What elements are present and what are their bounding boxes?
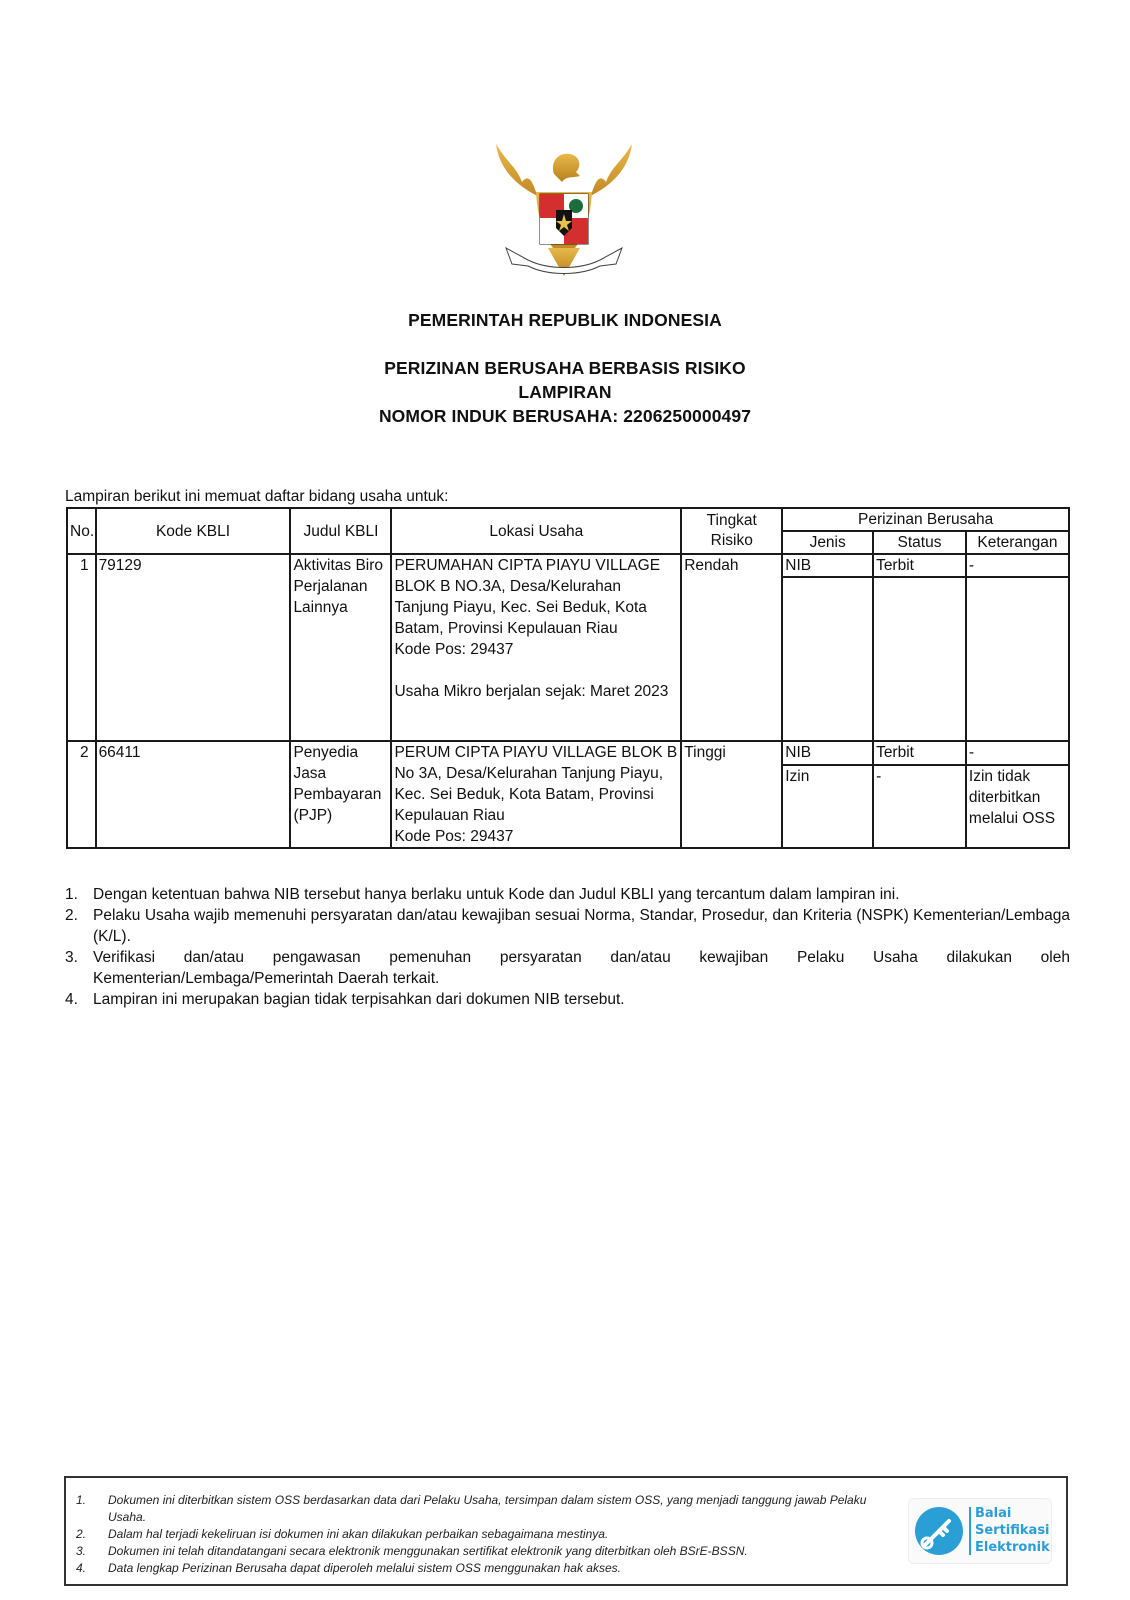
table-row: 1 79129 Aktivitas Biro Perjalanan Lainny… bbox=[67, 554, 1069, 577]
footer-notes: 1. Dokumen ini diterbitkan sistem OSS be… bbox=[76, 1492, 886, 1577]
kbli-table: No. Kode KBLI Judul KBLI Lokasi Usaha Ti… bbox=[66, 507, 1070, 849]
row-no: 1 bbox=[67, 554, 96, 741]
note-item: 3. Verifikasi dan/atau pengawasan pemenu… bbox=[65, 947, 1070, 989]
government-heading: PEMERINTAH REPUBLIK INDONESIA bbox=[0, 310, 1130, 331]
header-keterangan: Keterangan bbox=[966, 531, 1069, 554]
row-keterangan: - bbox=[966, 554, 1069, 577]
nib-number: NOMOR INDUK BERUSAHA: 2206250000497 bbox=[0, 406, 1130, 427]
note-item: 1. Dengan ketentuan bahwa NIB tersebut h… bbox=[65, 884, 1070, 905]
footer-note-item: 1. Dokumen ini diterbitkan sistem OSS be… bbox=[76, 1492, 886, 1526]
header-jenis: Jenis bbox=[782, 531, 873, 554]
row-judul-kbli: Penyedia Jasa Pembayaran (PJP) bbox=[290, 741, 391, 848]
row-jenis: NIB bbox=[782, 741, 873, 765]
lokasi-kode-pos: Kode Pos: 29437 bbox=[394, 826, 678, 847]
row-kode-kbli: 79129 bbox=[96, 554, 291, 741]
header-status: Status bbox=[873, 531, 966, 554]
row-status: Terbit bbox=[873, 554, 966, 577]
table-row: 2 66411 Penyedia Jasa Pembayaran (PJP) P… bbox=[67, 741, 1069, 765]
document-subtitle: LAMPIRAN bbox=[0, 382, 1130, 403]
footer-note-item: 2. Dalam hal terjadi kekeliruan isi doku… bbox=[76, 1526, 886, 1543]
row-jenis: Izin bbox=[782, 765, 873, 848]
row-no: 2 bbox=[67, 741, 96, 848]
row-judul-kbli: Aktivitas Biro Perjalanan Lainnya bbox=[290, 554, 391, 741]
lokasi-kode-pos: Kode Pos: 29437 bbox=[394, 639, 678, 660]
note-item: 2. Pelaku Usaha wajib memenuhi persyarat… bbox=[65, 905, 1070, 947]
header-kode-kbli: Kode KBLI bbox=[96, 508, 291, 554]
row-tingkat-risiko: Rendah bbox=[681, 554, 782, 741]
row-kode-kbli: 66411 bbox=[96, 741, 291, 848]
bsre-key-icon bbox=[913, 1505, 965, 1557]
header-lokasi-usaha: Lokasi Usaha bbox=[391, 508, 681, 554]
row-status: Terbit bbox=[873, 741, 966, 765]
footer-note-item: 4. Data lengkap Perizinan Berusaha dapat… bbox=[76, 1560, 886, 1577]
header-no: No. bbox=[67, 508, 96, 554]
row-status: - bbox=[873, 765, 966, 848]
note-item: 4. Lampiran ini merupakan bagian tidak t… bbox=[65, 989, 1070, 1010]
intro-text: Lampiran berikut ini memuat daftar bidan… bbox=[65, 488, 448, 506]
notes-list: 1. Dengan ketentuan bahwa NIB tersebut h… bbox=[65, 884, 1070, 1010]
row-lokasi-usaha: PERUMAHAN CIPTA PIAYU VILLAGE BLOK B NO.… bbox=[391, 554, 681, 741]
bsre-logo: Balai Sertifikasi Elektronik bbox=[908, 1498, 1052, 1564]
garuda-emblem-icon bbox=[488, 136, 640, 292]
usaha-mikro-since: Usaha Mikro berjalan sejak: Maret 2023 bbox=[394, 681, 678, 702]
row-jenis: NIB bbox=[782, 554, 873, 577]
bsre-text: Balai Sertifikasi Elektronik bbox=[975, 1505, 1050, 1556]
header-judul-kbli: Judul KBLI bbox=[290, 508, 391, 554]
row-keterangan: - bbox=[966, 741, 1069, 765]
lokasi-address: PERUM CIPTA PIAYU VILLAGE BLOK B No 3A, … bbox=[394, 742, 678, 826]
row-lokasi-usaha: PERUM CIPTA PIAYU VILLAGE BLOK B No 3A, … bbox=[391, 741, 681, 848]
bsre-divider bbox=[969, 1507, 971, 1555]
document-title: PERIZINAN BERUSAHA BERBASIS RISIKO bbox=[0, 358, 1130, 379]
row-tingkat-risiko: Tinggi bbox=[681, 741, 782, 848]
row-keterangan: Izin tidak diterbitkan melalui OSS bbox=[966, 765, 1069, 848]
lokasi-address: PERUMAHAN CIPTA PIAYU VILLAGE BLOK B NO.… bbox=[394, 555, 678, 639]
footer-note-item: 3. Dokumen ini telah ditandatangani seca… bbox=[76, 1543, 886, 1560]
header-tingkat-risiko: Tingkat Risiko bbox=[681, 508, 782, 554]
header-perizinan-berusaha: Perizinan Berusaha bbox=[782, 508, 1069, 531]
footer-disclaimer-box: 1. Dokumen ini diterbitkan sistem OSS be… bbox=[64, 1476, 1068, 1586]
